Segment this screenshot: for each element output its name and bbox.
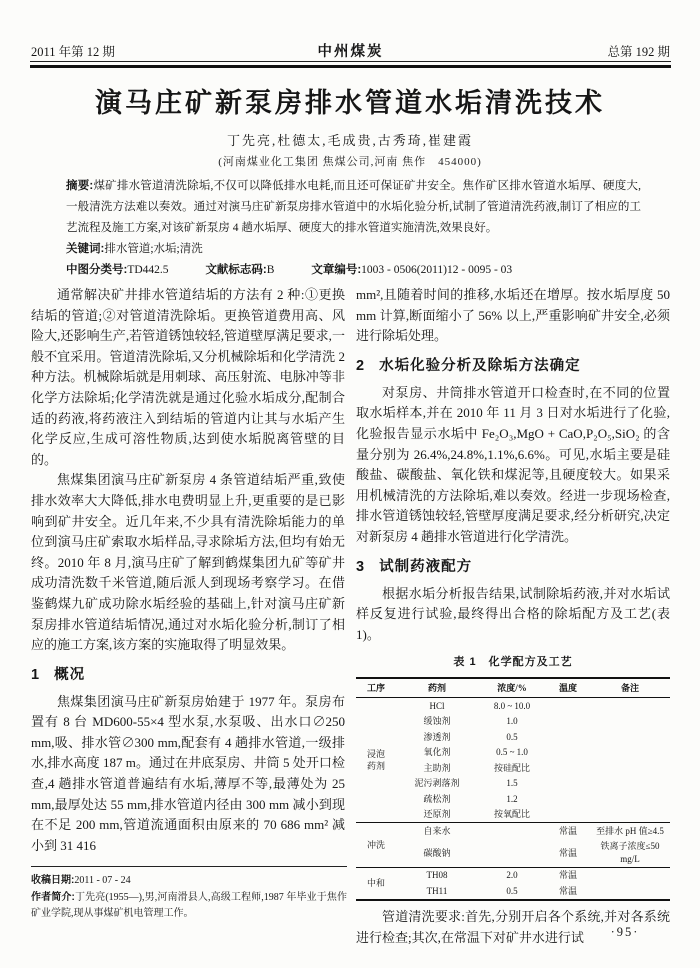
table-group-rinse: 冲洗 自来水 常温 至排水 pH 值≥4.5 碳酸钠 常温 铁离子浓度≤50 m… xyxy=(356,823,670,868)
agent-cell: 主助剂 xyxy=(396,760,478,776)
right-column: mm²,且随着时间的推移,水垢还在增厚。按水垢厚度 50 mm 计算,断面缩小了… xyxy=(356,285,670,948)
remark-cell xyxy=(590,867,670,883)
process-label: 中和 xyxy=(366,877,386,890)
agent-cell: HCl xyxy=(396,698,478,714)
author-bio-label: 作者简介: xyxy=(31,892,75,903)
section-3-paragraph: 根据水垢分析报告结果,试制除垢药液,并对水垢试样反复进行试验,最终得出合格的除垢… xyxy=(356,584,670,646)
keywords-text: 排水管道;水垢;清洗 xyxy=(104,243,202,255)
article-title: 演马庄矿新泵房排水管道水垢清洗技术 xyxy=(0,81,700,120)
intro-paragraph-1: 通常解决矿井排水管道结垢的方法有 2 种:①更换结垢的管道;②对管道清洗除垢。更… xyxy=(31,285,345,470)
table-1-caption: 表 1 化学配方及工艺 xyxy=(356,652,670,673)
section-2-title: 水垢化验分析及除垢方法确定 xyxy=(379,358,581,374)
concentration-cell: 0.5 ~ 1.0 xyxy=(478,745,546,761)
article-id-label: 文章编号: xyxy=(311,264,361,276)
doc-code-segment: 文献标志码:B xyxy=(205,260,274,281)
table-header-row: 工序 药剂 浓度/% 温度 备注 xyxy=(356,678,670,698)
left-column: 通常解决矿井排水管道结垢的方法有 2 种:①更换结垢的管道;②对管道清洗除垢。更… xyxy=(31,285,345,856)
remark-cell xyxy=(590,745,670,761)
page-number: ·95· xyxy=(580,925,670,940)
temperature-cell xyxy=(546,791,590,807)
temperature-cell: 常温 xyxy=(546,839,590,868)
table-row: 主助剂 按硅配比 xyxy=(356,760,670,776)
clc-label: 中图分类号: xyxy=(66,264,127,276)
table-row: 还原剂 按氧配比 xyxy=(356,807,670,823)
agent-cell: TH11 xyxy=(396,883,478,900)
col-header-process: 工序 xyxy=(356,678,396,698)
author-bio-line: 作者简介:丁先亮(1955—),男,河南滑县人,高级工程师,1987 年毕业于焦… xyxy=(31,890,347,923)
temperature-cell xyxy=(546,698,590,714)
section-3-title: 试制药液配方 xyxy=(379,559,472,575)
journal-name: 中州煤炭 xyxy=(244,40,457,61)
temperature-cell: 常温 xyxy=(546,823,590,839)
intro-paragraph-2: 焦煤集团演马庄矿新泵房 4 条管道结垢严重,致使排水效率大大降低,排水电费明显上… xyxy=(31,470,345,655)
table-row: TH11 0.5 常温 xyxy=(356,883,670,900)
section-1-title: 概况 xyxy=(54,667,85,683)
abstract: 摘要:煤矿排水管道清洗除垢,不仅可以降低排水电耗,而且还可保证矿井安全。焦作矿区… xyxy=(66,176,641,239)
author-bio-text: 丁先亮(1955—),男,河南滑县人,高级工程师,1987 年毕业于焦作矿业学院… xyxy=(31,892,347,920)
table-row: 碳酸钠 常温 铁离子浓度≤50 mg/L xyxy=(356,839,670,868)
classification-line: 中图分类号:TD442.5 文献标志码:B 文章编号:1003 - 0506(2… xyxy=(66,260,641,281)
col-header-concentration: 浓度/% xyxy=(478,678,546,698)
section-2-paragraph: 对泵房、井筒排水管道开口检查时,在不同的位置取水垢样本,并在 2010 年 11… xyxy=(356,383,670,548)
col-header-remark: 备注 xyxy=(590,678,670,698)
section-1-paragraph: 焦煤集团演马庄矿新泵房始建于 1977 年。泵房布置有 8 台 MD600-55… xyxy=(31,692,345,857)
agent-cell: 氧化剂 xyxy=(396,745,478,761)
paper-page: 2011 年第 12 期 中州煤炭 总第 192 期 演马庄矿新泵房排水管道水垢… xyxy=(0,0,700,968)
table-row: 缓蚀剂 1.0 xyxy=(356,714,670,730)
remark-cell xyxy=(590,698,670,714)
temperature-cell xyxy=(546,776,590,792)
process-label: 冲洗 xyxy=(366,839,386,852)
concentration-cell: 按氧配比 xyxy=(478,807,546,823)
first-page-footnote: 收稿日期:2011 - 07 - 24 作者简介:丁先亮(1955—),男,河南… xyxy=(31,866,347,923)
agent-cell: 还原剂 xyxy=(396,807,478,823)
author-list: 丁先亮,杜德太,毛成贵,古秀琦,崔建霞 xyxy=(0,130,700,149)
temperature-cell xyxy=(546,745,590,761)
concentration-cell: 1.0 xyxy=(478,714,546,730)
concentration-cell: 0.5 xyxy=(478,883,546,900)
concentration-cell: 1.2 xyxy=(478,791,546,807)
concentration-cell: 按硅配比 xyxy=(478,760,546,776)
continuation-paragraph: mm²,且随着时间的推移,水垢还在增厚。按水垢厚度 50 mm 计算,断面缩小了… xyxy=(356,285,670,347)
remark-cell xyxy=(590,791,670,807)
temperature-cell: 常温 xyxy=(546,883,590,900)
remark-cell: 铁离子浓度≤50 mg/L xyxy=(590,839,670,868)
agent-cell: TH08 xyxy=(396,867,478,883)
header-rule-thick xyxy=(30,65,671,68)
col-header-temperature: 温度 xyxy=(546,678,590,698)
table-row: 冲洗 自来水 常温 至排水 pH 值≥4.5 xyxy=(356,823,670,839)
remark-cell xyxy=(590,807,670,823)
article-id-value: 1003 - 0506(2011)12 - 0095 - 03 xyxy=(361,264,512,276)
table-1-header: 工序 药剂 浓度/% 温度 备注 xyxy=(356,678,670,698)
article-meta: 摘要:煤矿排水管道清洗除垢,不仅可以降低排水电耗,而且还可保证矿井安全。焦作矿区… xyxy=(66,176,641,281)
col-header-agent: 药剂 xyxy=(396,678,478,698)
remark-cell xyxy=(590,883,670,900)
concentration-cell: 2.0 xyxy=(478,867,546,883)
table-row: 疏松剂 1.2 xyxy=(356,791,670,807)
table-group-neutralize: 中和 TH08 2.0 常温 TH11 0.5 常温 xyxy=(356,867,670,900)
process-cell: 中和 xyxy=(356,867,396,900)
agent-cell: 缓蚀剂 xyxy=(396,714,478,730)
remark-cell xyxy=(590,760,670,776)
concentration-cell: 1.5 xyxy=(478,776,546,792)
abstract-label: 摘要: xyxy=(66,180,93,192)
clc-value: TD442.5 xyxy=(127,264,168,276)
received-date-value: 2011 - 07 - 24 xyxy=(74,875,130,886)
temperature-cell xyxy=(546,729,590,745)
process-label: 浸泡药剂 xyxy=(366,748,386,773)
table-row: 中和 TH08 2.0 常温 xyxy=(356,867,670,883)
concentration-cell xyxy=(478,839,546,868)
abstract-text: 煤矿排水管道清洗除垢,不仅可以降低排水电耗,而且还可保证矿井安全。焦作矿区排水管… xyxy=(66,180,641,234)
temperature-cell xyxy=(546,760,590,776)
doc-code-label: 文献标志码: xyxy=(205,264,266,276)
remark-cell: 至排水 pH 值≥4.5 xyxy=(590,823,670,839)
remark-cell xyxy=(590,729,670,745)
remark-cell xyxy=(590,776,670,792)
keywords: 关键词:排水管道;水垢;清洗 xyxy=(66,239,641,260)
table-row: 泥污剥落剂 1.5 xyxy=(356,776,670,792)
table-row: 浸泡药剂 HCl 8.0 ~ 10.0 xyxy=(356,698,670,714)
volume-number: 总第 192 期 xyxy=(457,42,670,60)
header-rule-thin xyxy=(30,61,671,62)
table-1: 工序 药剂 浓度/% 温度 备注 浸泡药剂 HCl 8.0 ~ 10.0 缓蚀剂 xyxy=(356,677,670,901)
process-cell: 冲洗 xyxy=(356,823,396,868)
affiliation: (河南煤业化工集团 焦煤公司,河南 焦作 454000) xyxy=(0,153,700,169)
section-2-number: 2 xyxy=(356,358,365,374)
section-2-heading: 2水垢化验分析及除垢方法确定 xyxy=(356,356,670,376)
received-date-label: 收稿日期: xyxy=(31,875,74,886)
issue-number: 2011 年第 12 期 xyxy=(31,42,244,60)
agent-cell: 自来水 xyxy=(396,823,478,839)
agent-cell: 碳酸钠 xyxy=(396,839,478,868)
remark-cell xyxy=(590,714,670,730)
table-row: 渗透剂 0.5 xyxy=(356,729,670,745)
temperature-cell: 常温 xyxy=(546,867,590,883)
temperature-cell xyxy=(546,714,590,730)
agent-cell: 泥污剥落剂 xyxy=(396,776,478,792)
section-1-number: 1 xyxy=(31,667,40,683)
agent-cell: 疏松剂 xyxy=(396,791,478,807)
table-row: 氧化剂 0.5 ~ 1.0 xyxy=(356,745,670,761)
section-3-heading: 3试制药液配方 xyxy=(356,557,670,577)
concentration-cell: 8.0 ~ 10.0 xyxy=(478,698,546,714)
agent-cell: 渗透剂 xyxy=(396,729,478,745)
journal-header: 2011 年第 12 期 中州煤炭 总第 192 期 xyxy=(31,40,670,61)
section-1-heading: 1概况 xyxy=(31,665,345,685)
process-cell: 浸泡药剂 xyxy=(356,698,396,823)
keywords-label: 关键词: xyxy=(66,243,104,255)
concentration-cell xyxy=(478,823,546,839)
received-date-line: 收稿日期:2011 - 07 - 24 xyxy=(31,873,347,890)
section-3-number: 3 xyxy=(356,559,365,575)
doc-code-value: B xyxy=(267,264,275,276)
article-id-segment: 文章编号:1003 - 0506(2011)12 - 0095 - 03 xyxy=(311,260,512,281)
temperature-cell xyxy=(546,807,590,823)
concentration-cell: 0.5 xyxy=(478,729,546,745)
clc-segment: 中图分类号:TD442.5 xyxy=(66,260,169,281)
table-group-soak: 浸泡药剂 HCl 8.0 ~ 10.0 缓蚀剂 1.0 渗透剂 0.5 xyxy=(356,698,670,823)
